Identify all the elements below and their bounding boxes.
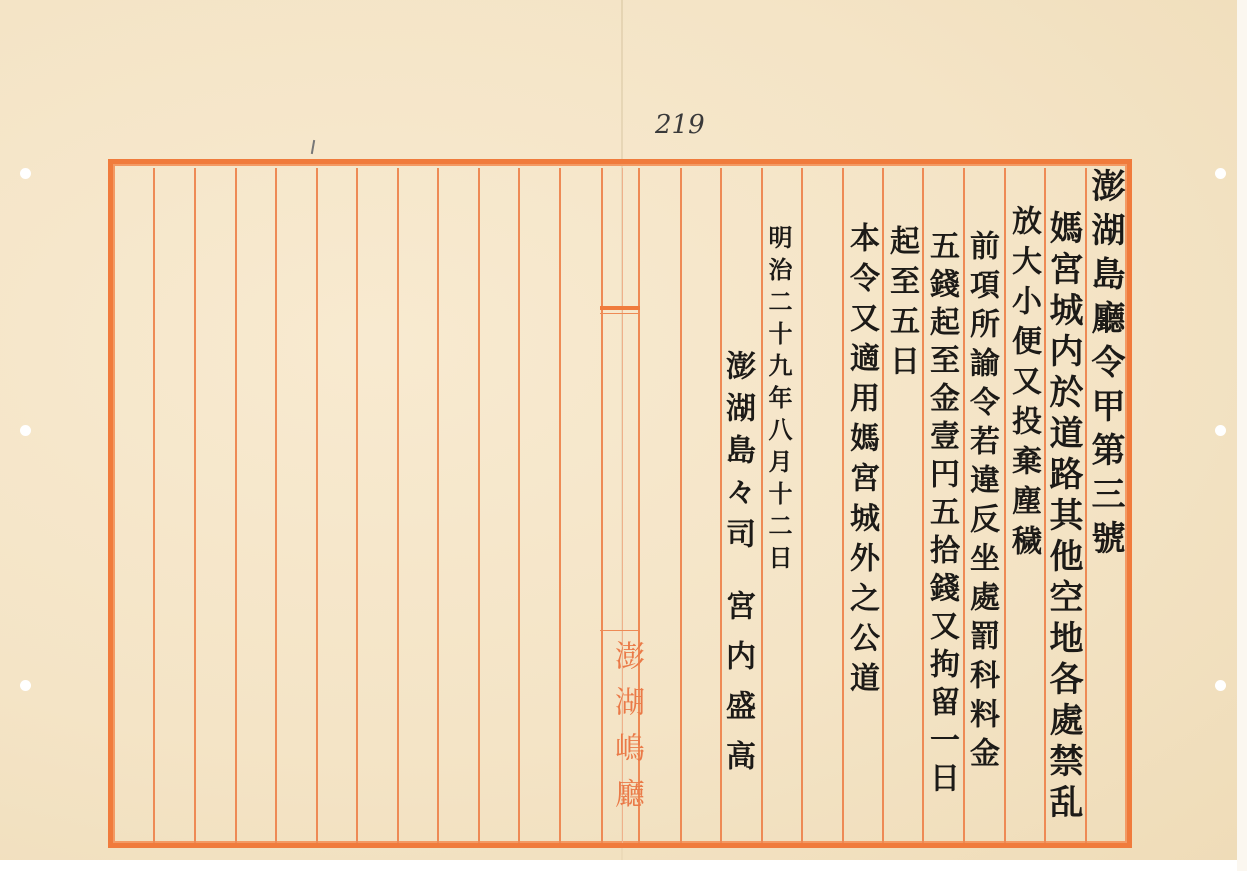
column-rule: [680, 168, 682, 843]
center-band-upper-thin: [600, 313, 640, 314]
binding-hole: [20, 168, 31, 179]
body-line-1: 媽宮城内於道路其他空地各處禁乱: [1046, 210, 1080, 825]
body-line-5: 起至五日: [886, 225, 916, 385]
column-rule: [235, 168, 237, 843]
column-rule: [397, 168, 399, 843]
column-rule: [437, 168, 439, 843]
binding-hole: [20, 425, 31, 436]
column-rule: [478, 168, 480, 843]
column-rule: [153, 168, 155, 843]
scan-margin-right: [1237, 0, 1247, 871]
body-line-3: 前項所諭令若違反坐處罰科料金: [966, 230, 996, 776]
binding-hole: [1215, 168, 1226, 179]
binding-hole: [1215, 680, 1226, 691]
binding-hole: [1215, 425, 1226, 436]
date-line: 明治二十九年八月十二日: [766, 225, 790, 577]
issuer-name: 宮内盛高: [722, 590, 752, 790]
column-rule: [601, 168, 603, 843]
binding-hole: [20, 680, 31, 691]
center-band-upper: [600, 306, 640, 310]
center-band-lower: [600, 630, 640, 631]
issuer-title: 澎湖島々司: [722, 350, 752, 560]
column-rule: [356, 168, 358, 843]
column-rule: [801, 168, 803, 843]
body-line-2: 放大小便又投棄塵穢: [1008, 205, 1038, 565]
column-rule: [316, 168, 318, 843]
column-rule: [518, 168, 520, 843]
column-rule: [275, 168, 277, 843]
header-line: 澎湖島廳令甲第三號: [1088, 168, 1122, 564]
office-seal-text: 澎湖嶋廳: [604, 640, 648, 824]
column-rule: [194, 168, 196, 843]
scan-margin-bottom: [0, 860, 1247, 871]
body-line-6: 本令又適用媽宮城外之公道: [846, 222, 876, 702]
body-line-4: 五錢起至金壹円五拾錢又拘留一日: [926, 230, 956, 800]
folio-number: 219: [655, 110, 705, 140]
column-rule: [761, 168, 763, 843]
column-rule: [559, 168, 561, 843]
